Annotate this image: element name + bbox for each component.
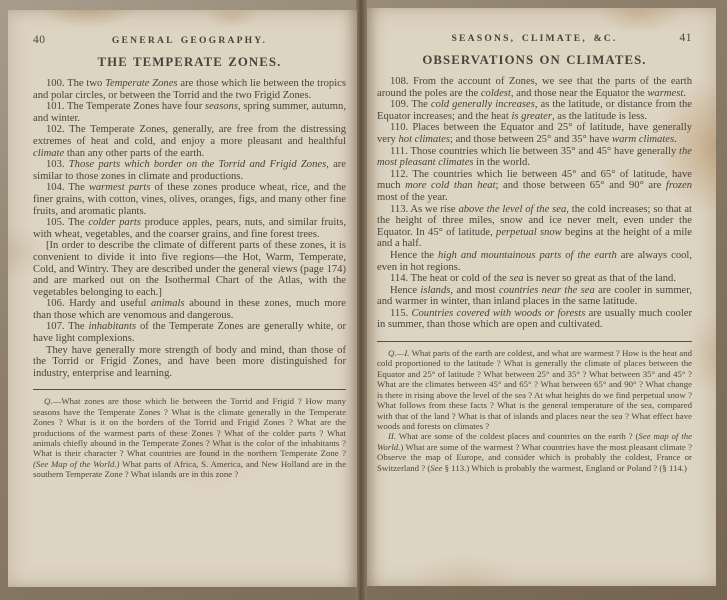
italic-text-segment: seasons	[205, 101, 238, 112]
paragraph: 108. From the account of Zones, we see t…	[377, 76, 692, 99]
italic-text-segment: islands	[420, 285, 450, 296]
italic-text-segment: coldest	[481, 88, 511, 99]
italic-text-segment: warmest parts	[89, 182, 151, 193]
text-segment: .	[683, 88, 686, 99]
text-segment: What parts of the earth are coldest, and…	[377, 348, 692, 431]
italic-text-segment: cold generally increases	[431, 99, 535, 110]
text-segment: 100. The two	[46, 78, 105, 89]
text-segment: ; and those between 65° and 90° are	[496, 180, 666, 191]
text-segment: —What zones are those which lie between …	[33, 396, 346, 458]
text-segment: , as the latitude is less.	[552, 111, 647, 122]
text-segment: 111. Those countries which lie between 3…	[390, 146, 679, 157]
text-segment: most of the year.	[377, 192, 448, 203]
paragraph: Q.—What zones are those which lie betwee…	[33, 396, 346, 479]
text-segment: 109. The	[390, 99, 431, 110]
italic-text-segment: frozen	[666, 180, 692, 191]
left-page-questions: Q.—What zones are those which lie betwee…	[33, 390, 346, 479]
italic-text-segment: Countries covered with woods or forests	[411, 308, 585, 319]
italic-text-segment: warm climates	[612, 134, 674, 145]
text-segment: 115.	[390, 308, 411, 319]
italic-text-segment: climate	[33, 148, 64, 159]
text-segment: .	[674, 134, 677, 145]
italic-text-segment: above the level of the sea	[458, 204, 566, 215]
paragraph: 103. Those parts which border on the Tor…	[33, 159, 346, 182]
italic-text-segment: Q.—I.	[388, 348, 410, 358]
paragraph: Hence islands, and most countries near t…	[377, 285, 692, 308]
italic-text-segment: countries near the sea	[499, 285, 595, 296]
italic-text-segment: high and mountainous parts of the earth	[438, 250, 617, 261]
paragraph: 102. The Temperate Zones, generally, are…	[33, 124, 346, 159]
text-segment: 101. The Temperate Zones have four	[46, 101, 205, 112]
paragraph: 110. Places between the Equator and 25° …	[377, 122, 692, 145]
paragraph: They have generally more strength of bod…	[33, 345, 346, 380]
left-page-number: 40	[33, 34, 67, 46]
italic-text-segment: is greater	[511, 111, 552, 122]
paragraph: II. What are some of the coldest places …	[377, 431, 692, 473]
text-segment: , and most	[450, 285, 499, 296]
text-segment: 102. The Temperate Zones, generally, are…	[33, 124, 346, 147]
left-page: 40 GENERAL GEOGRAPHY. THE TEMPERATE ZONE…	[8, 10, 357, 587]
paragraph: 115. Countries covered with woods or for…	[377, 308, 692, 331]
paragraph: Q.—I. What parts of the earth are coldes…	[377, 348, 692, 431]
left-running-head: GENERAL GEOGRAPHY.	[67, 35, 312, 46]
paragraph: 109. The cold generally increases, as th…	[377, 99, 692, 122]
text-segment: than any other parts of the earth.	[64, 148, 204, 159]
text-segment: Hence	[390, 285, 420, 296]
text-segment: 105. The	[46, 217, 88, 228]
left-section-title: THE TEMPERATE ZONES.	[33, 55, 346, 70]
text-segment: 113. As we rise	[390, 204, 458, 215]
text-segment: ; and those between 25° and 35° have	[450, 134, 612, 145]
paragraph: 104. The warmest parts of these zones pr…	[33, 182, 346, 217]
left-page-body: 100. The two Temperate Zones are those w…	[33, 78, 346, 379]
paragraph: Hence the high and mountainous parts of …	[377, 250, 692, 273]
book-photo: 40 GENERAL GEOGRAPHY. THE TEMPERATE ZONE…	[0, 0, 727, 600]
paragraph: 107. The inhabitants of the Temperate Zo…	[33, 321, 346, 344]
text-segment: 114. The heat or cold of the	[390, 273, 509, 284]
text-segment: is never so great as that of the land.	[524, 273, 676, 284]
italic-text-segment: sea	[509, 273, 523, 284]
italic-text-segment: (See Map of the World.)	[33, 459, 119, 469]
text-segment: § 113.) Which is probably the warmest, E…	[442, 463, 686, 473]
text-segment: They have generally more strength of bod…	[33, 345, 346, 379]
book-spine-gutter	[356, 0, 367, 600]
italic-text-segment: Those parts which border on the Torrid a…	[69, 159, 326, 170]
text-segment: What are some of the coldest places and …	[396, 431, 638, 441]
right-page-body: 108. From the account of Zones, we see t…	[377, 76, 692, 331]
paragraph: 111. Those countries which lie between 3…	[377, 146, 692, 169]
left-page-header: 40 GENERAL GEOGRAPHY.	[33, 34, 346, 46]
italic-text-segment: more cold than heat	[405, 180, 495, 191]
text-segment: Hence the	[390, 250, 438, 261]
paragraph: [In order to describe the climate of dif…	[33, 240, 346, 298]
italic-text-segment: hot climates	[398, 134, 450, 145]
paragraph: 100. The two Temperate Zones are those w…	[33, 78, 346, 101]
right-section-title: OBSERVATIONS ON CLIMATES.	[377, 53, 692, 68]
italic-text-segment: II.	[388, 431, 396, 441]
italic-text-segment: perpetual snow	[496, 227, 562, 238]
text-segment: in the world.	[474, 157, 531, 168]
italic-text-segment: inhabitants	[88, 321, 136, 332]
text-segment: 104. The	[46, 182, 89, 193]
paragraph: 101. The Temperate Zones have four seaso…	[33, 101, 346, 124]
italic-text-segment: warmest	[647, 88, 683, 99]
text-segment: 106. Hardy and useful	[46, 298, 151, 309]
right-running-head: SEASONS, CLIMATE, &C.	[411, 33, 658, 44]
text-segment: , and those near the Equator the	[511, 88, 648, 99]
italic-text-segment: animals	[151, 298, 185, 309]
right-page: SEASONS, CLIMATE, &C. 41 OBSERVATIONS ON…	[367, 8, 716, 586]
text-segment: [In order to describe the climate of dif…	[33, 240, 346, 297]
text-segment: 107. The	[46, 321, 88, 332]
right-page-number: 41	[658, 32, 692, 44]
text-segment: 103.	[46, 159, 69, 170]
right-page-questions: Q.—I. What parts of the earth are coldes…	[377, 342, 692, 473]
paragraph: 112. The countries which lie between 45°…	[377, 169, 692, 204]
paragraph: 105. The colder parts produce apples, pe…	[33, 217, 346, 240]
italic-text-segment: Q.	[44, 396, 53, 406]
italic-text-segment: colder parts	[88, 217, 141, 228]
paragraph: 113. As we rise above the level of the s…	[377, 204, 692, 250]
right-page-header: SEASONS, CLIMATE, &C. 41	[377, 32, 692, 44]
italic-text-segment: See	[430, 463, 442, 473]
italic-text-segment: Temperate Zones	[105, 78, 177, 89]
paragraph: 114. The heat or cold of the sea is neve…	[377, 273, 692, 285]
paragraph: 106. Hardy and useful animals abound in …	[33, 298, 346, 321]
